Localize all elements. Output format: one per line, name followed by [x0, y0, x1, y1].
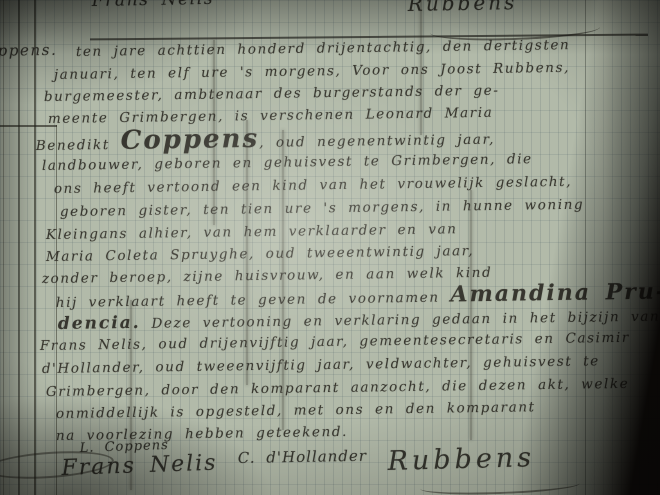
act-line: onmiddellijk is opgesteld, met ons en de… [56, 399, 536, 422]
margin-surname-label: Coppens. [0, 41, 58, 60]
act-line: ten jare achttien honderd drijentachtig,… [76, 37, 571, 60]
previous-act-signature-rubbens: Rubbens [408, 0, 518, 16]
child-name-prudencia: dencia. [58, 313, 141, 334]
signature-officer-rubbens: Rubbens [387, 442, 535, 477]
act-line: Benedikt Coppens, oud negenentwintig jaa… [36, 121, 496, 157]
act-line-text: hij verklaart heeft te geven de voorname… [56, 289, 451, 311]
act-line-text: Deze vertooning en verklaring gedaan in … [141, 309, 660, 332]
act-line: januari, ten elf ure 's morgens, Voor on… [54, 60, 570, 83]
previous-act-signature-nelis: Frans Nelis [92, 0, 215, 11]
child-name-amandina: Amandina Pru- [450, 278, 660, 307]
act-line: ons heeft vertoond een kind van het vrou… [54, 174, 572, 197]
act-line: Kleingans alhier, van hem verklaarder en… [46, 221, 458, 243]
act-line: Frans Nelis, oud drijenvijftig jaar, gem… [40, 330, 630, 354]
signature-flourish [420, 475, 580, 495]
act-line-text: , oud negenentwintig jaar, [259, 132, 495, 151]
act-line: burgemeester, ambtenaar des burgerstands… [44, 83, 500, 105]
signature-witness-dhollander: C. d'Hollander [238, 447, 367, 467]
act-line: Grimbergen, door den komparant aanzocht,… [46, 376, 630, 400]
act-line: geboren gister, ten tien ure 's morgens,… [60, 197, 585, 220]
signature-witness-nelis: Frans Nelis [61, 451, 218, 481]
act-line-text: Benedikt [36, 137, 121, 154]
act-line: d'Hollander, oud tweeenvijftig jaar, vel… [42, 353, 600, 377]
surname-coppens: Coppens [120, 124, 259, 156]
act-line: Maria Coleta Spruyghe, oud tweeentwintig… [46, 243, 474, 265]
register-page-photo: Frans Nelis Rubbens Coppens. ten jare ac… [0, 0, 660, 495]
handwriting-layer: Frans Nelis Rubbens Coppens. ten jare ac… [0, 0, 660, 495]
